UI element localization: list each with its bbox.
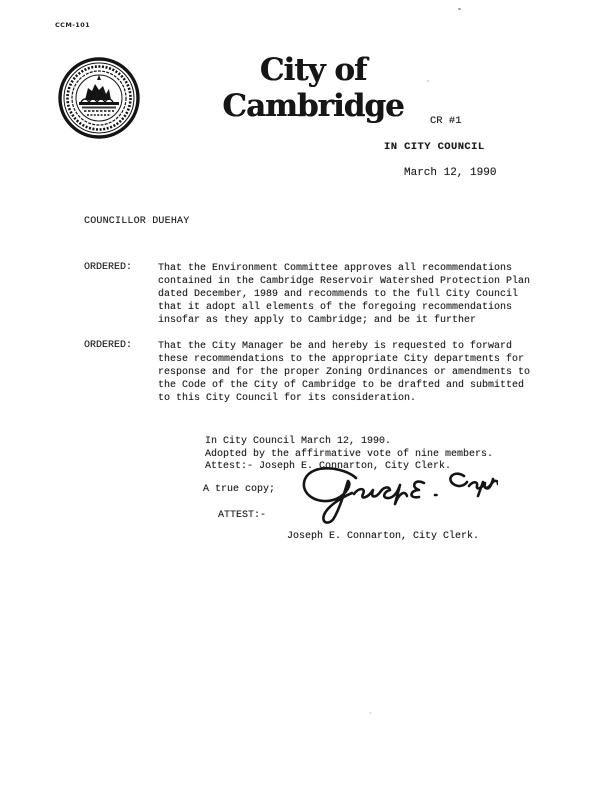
document-page: CCM-101 City of Cambridge CR #1 IN CITY …	[0, 0, 593, 800]
order-label: ORDERED:	[84, 262, 132, 273]
order-line: these recommendations to the appropriate…	[158, 353, 558, 366]
true-copy-label: A true copy;	[203, 484, 275, 495]
order-line: that it adopt all elements of the forego…	[158, 301, 558, 314]
order-text: That the Environment Committee approves …	[158, 262, 558, 327]
clerk-signature	[292, 462, 498, 532]
scan-speck	[369, 712, 372, 714]
form-code: CCM-101	[55, 21, 90, 29]
order-line: the Code of the City of Cambridge to be …	[158, 379, 558, 392]
council-heading: IN CITY COUNCIL	[384, 141, 485, 153]
order-line: That the Environment Committee approves …	[158, 262, 558, 275]
sponsor-name: COUNCILLOR DUEHAY	[84, 216, 189, 227]
order-line: insofar as they apply to Cambridge; and …	[158, 314, 558, 327]
scan-speck	[427, 80, 429, 82]
scan-speck	[458, 8, 461, 10]
order-text: That the City Manager be and hereby is r…	[158, 340, 558, 405]
order-line: to this City Council for its considerati…	[158, 392, 558, 405]
signature-graphic	[292, 462, 498, 532]
doc-reference: CR #1	[430, 115, 462, 127]
order-label: ORDERED:	[84, 340, 132, 351]
clerk-name-line: Joseph E. Connarton, City Clerk.	[287, 531, 479, 542]
city-of-cambridge-seal-icon	[57, 56, 141, 140]
closing-line: In City Council March 12, 1990.	[205, 436, 493, 449]
closing-line: Adopted by the affirmative vote of nine …	[205, 449, 493, 462]
seal-graphic	[57, 56, 141, 140]
order-line: contained in the Cambridge Reservoir Wat…	[158, 275, 558, 288]
page-title: City of Cambridge	[178, 52, 448, 124]
doc-date: March 12, 1990	[404, 167, 496, 179]
attest-label: ATTEST:-	[218, 510, 266, 521]
order-line: dated December, 1989 and recommends to t…	[158, 288, 558, 301]
order-line: That the City Manager be and hereby is r…	[158, 340, 558, 353]
order-line: response and for the proper Zoning Ordin…	[158, 366, 558, 379]
